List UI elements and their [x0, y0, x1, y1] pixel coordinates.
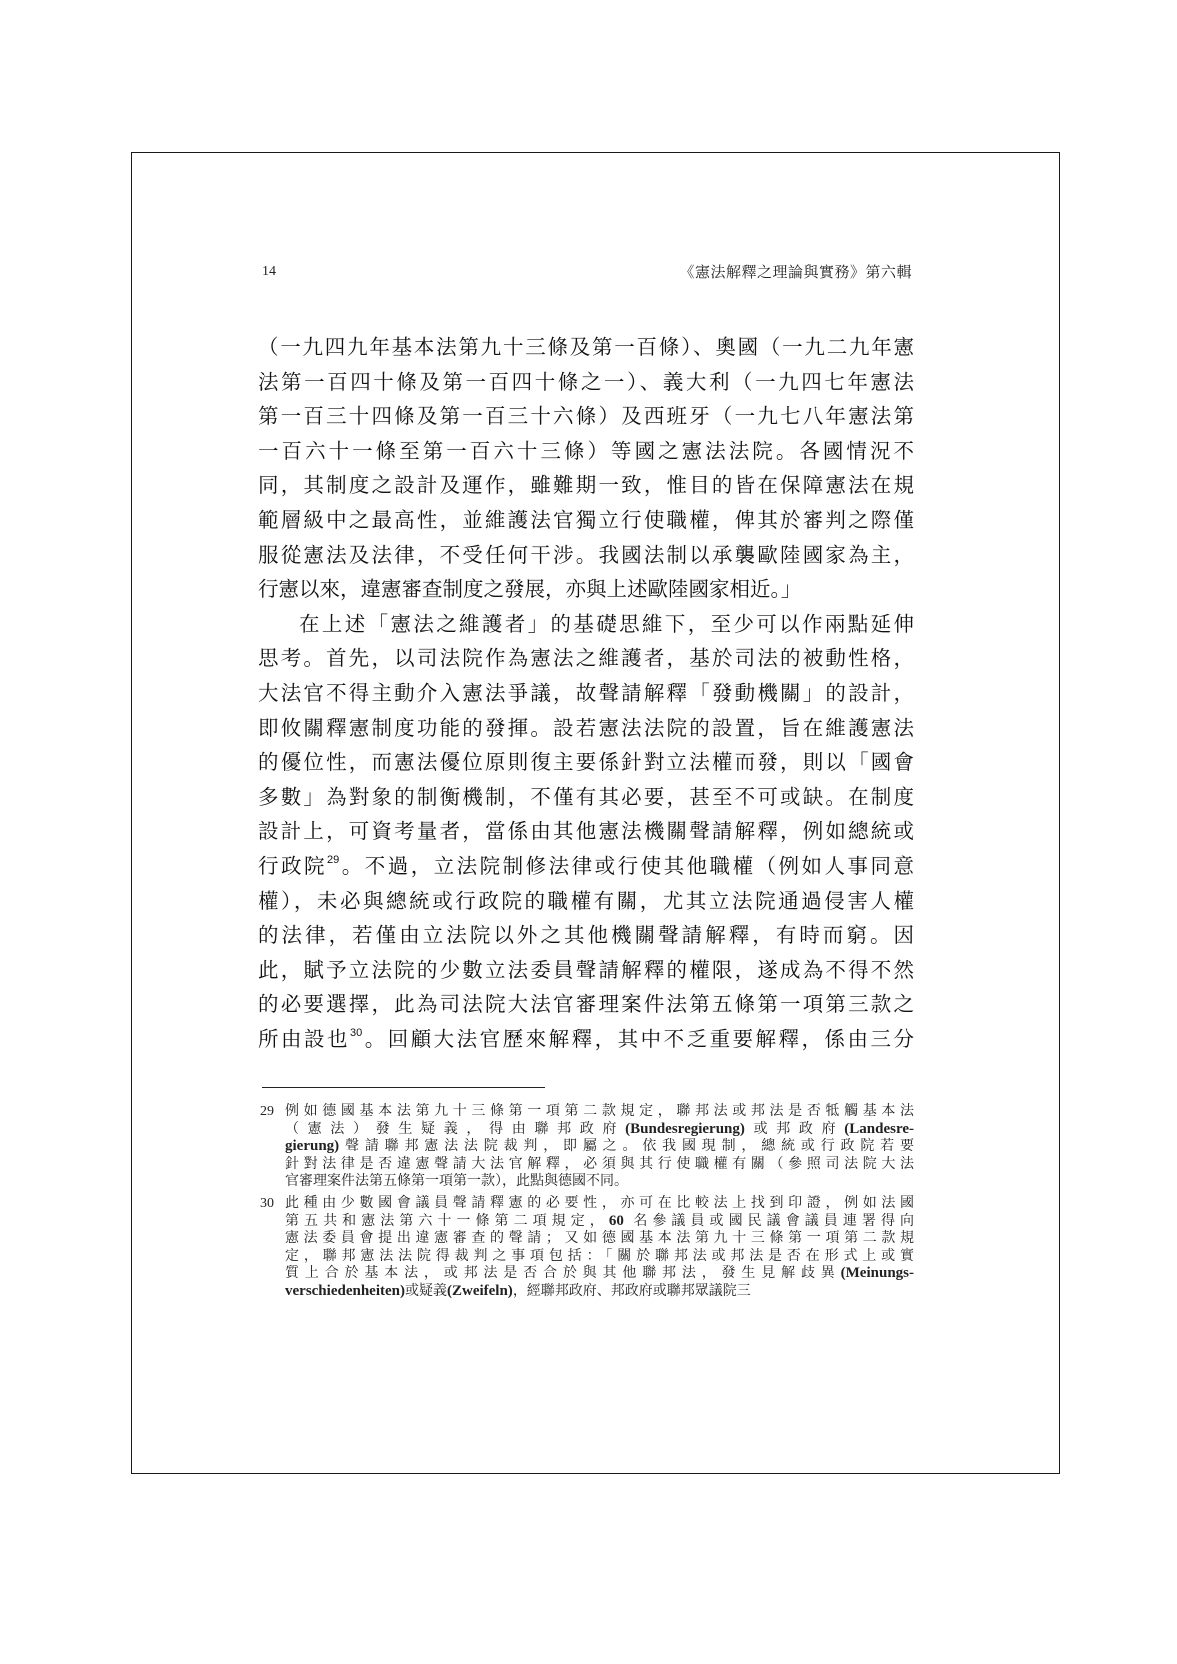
latin-term: (Zweifeln)	[447, 1283, 513, 1299]
footnote-line: 此種由少數國會議員聲請釋憲的必要性，亦可在比較法上找到印證，例如法國	[285, 1195, 914, 1213]
body-text: （一九四九年基本法第九十三條及第一百條）、奧國（一九二九年憲 法第一百四十條及第…	[258, 330, 914, 1056]
body-line: 設計上，可資考量者，當係由其他憲法機關聲請解釋，例如總統或	[258, 814, 914, 849]
footnote-text-segment: 第五共和憲法第六十一條第二項規定，	[285, 1213, 609, 1229]
body-line: 行憲以來，違憲審查制度之發展，亦與上述歐陸國家相近。」	[258, 572, 914, 607]
body-line: 多數」為對象的制衡機制，不僅有其必要，甚至不可或缺。在制度	[258, 780, 914, 815]
footnote-ref-29[interactable]: 29	[327, 854, 339, 866]
footnote-line: verschiedenheiten)或疑義(Zweifeln)，經聯邦政府、邦政…	[285, 1283, 914, 1301]
footnote-line: 定，聯邦憲法法院得裁判之事項包括：「關於聯邦法或邦法是否在形式上或實	[285, 1248, 914, 1266]
footnote-line: gierung)聲請聯邦憲法法院裁判，即屬之。依我國現制，總統或行政院若要	[285, 1138, 914, 1156]
body-text-segment: 。	[339, 854, 364, 878]
body-line: 思考。首先，以司法院作為憲法之維護者，基於司法的被動性格，	[258, 641, 914, 676]
body-line: 法第一百四十條及第一百四十條之一）、義大利（一九四七年憲法	[258, 365, 914, 400]
footnote-separator	[262, 1087, 545, 1088]
body-line: 在上述「憲法之維護者」的基礎思維下，至少可以作兩點延伸	[258, 607, 914, 642]
footnote-number: 30	[260, 1195, 274, 1213]
latin-term: (Bundesregierung)	[625, 1121, 745, 1137]
footnote-text-segment: 或邦政府	[745, 1121, 844, 1137]
footnote-ref-30[interactable]: 30	[350, 1027, 362, 1039]
body-line: 同，其制度之設計及運作，雖難期一致，惟目的皆在保障憲法在規	[258, 468, 914, 503]
body-line: 第一百三十四條及第一百三十六條）及西班牙（一九七八年憲法第	[258, 399, 914, 434]
footnote-30: 30 此種由少數國會議員聲請釋憲的必要性，亦可在比較法上找到印證，例如法國 第五…	[258, 1195, 914, 1301]
footnotes: 29 例如德國基本法第九十三條第一項第二款規定，聯邦法或邦法是否牴觸基本法 （憲…	[258, 1103, 914, 1305]
body-text-segment: 回顧大法官歷來解釋，其中不乏重要解釋，係由三分	[388, 1027, 914, 1051]
body-text-segment: 所由設也	[258, 1027, 350, 1051]
footnote-text-segment: （憲法）發生疑義，得由聯邦政府	[285, 1121, 625, 1137]
body-line: 大法官不得主動介入憲法爭議，故聲請解釋「發動機關」的設計，	[258, 676, 914, 711]
footnote-line: 官審理案件法第五條第一項第一款），此點與德國不同。	[285, 1173, 914, 1191]
body-line: 範層級中之最高性，並維護法官獨立行使職權，俾其於審判之際僅	[258, 503, 914, 538]
latin-term: verschiedenheiten)	[285, 1283, 405, 1299]
latin-term: gierung)	[285, 1138, 339, 1154]
footnote-text-segment: 名參議員或國民議會議員連署得向	[633, 1213, 914, 1229]
number-60: 60	[609, 1213, 624, 1229]
body-line: 服從憲法及法律，不受任何干涉。我國法制以承襲歐陸國家為主，	[258, 538, 914, 573]
footnote-29: 29 例如德國基本法第九十三條第一項第二款規定，聯邦法或邦法是否牴觸基本法 （憲…	[258, 1103, 914, 1191]
page-number: 14	[262, 264, 276, 280]
running-title: 《憲法解釋之理論與實務》第六輯	[679, 261, 912, 282]
footnote-line: 憲法委員會提出違憲審查的聲請；又如德國基本法第九十三條第一項第二款規	[285, 1230, 914, 1248]
footnote-line: （憲法）發生疑義，得由聯邦政府(Bundesregierung)或邦政府(Lan…	[285, 1121, 914, 1139]
body-line: 即攸關釋憲制度功能的發揮。設若憲法法院的設置，旨在維護憲法	[258, 711, 914, 746]
body-line: 權），未必與總統或行政院的職權有關，尤其立法院通過侵害人權	[258, 884, 914, 919]
footnote-line: 第五共和憲法第六十一條第二項規定，60 名參議員或國民議會議員連署得向	[285, 1213, 914, 1231]
body-line: 此，賦予立法院的少數立法委員聲請解釋的權限，遂成為不得不然	[258, 953, 914, 988]
body-line: 一百六十一條至第一百六十三條）等國之憲法法院。各國情況不	[258, 434, 914, 469]
latin-term: (Meinungs-	[841, 1265, 914, 1281]
latin-term: (Landesre-	[844, 1121, 914, 1137]
footnote-text-segment: 聲請聯邦憲法法院裁判，即屬之。依我國現制，總統或行政院若要	[339, 1138, 914, 1154]
body-line: 行政院29。不過，立法院制修法律或行使其他職權（例如人事同意	[258, 849, 914, 884]
body-line: 的優位性，而憲法優位原則復主要係針對立法權而發，則以「國會	[258, 745, 914, 780]
footnote-text-segment: 或疑義	[405, 1283, 447, 1299]
body-line: 的必要選擇，此為司法院大法官審理案件法第五條第一項第三款之	[258, 987, 914, 1022]
footnote-line: 質上合於基本法，或邦法是否合於與其他聯邦法，發生見解歧異(Meinungs-	[285, 1265, 914, 1283]
body-line: （一九四九年基本法第九十三條及第一百條）、奧國（一九二九年憲	[258, 330, 914, 365]
footnote-number: 29	[260, 1103, 274, 1121]
body-text-segment: 。	[362, 1027, 387, 1051]
body-text-segment: 不過，立法院制修法律或行使其他職權（例如人事同意	[365, 854, 914, 878]
body-line: 所由設也30。回顧大法官歷來解釋，其中不乏重要解釋，係由三分	[258, 1022, 914, 1057]
footnote-line: 例如德國基本法第九十三條第一項第二款規定，聯邦法或邦法是否牴觸基本法	[285, 1103, 914, 1121]
body-text-segment: 行政院	[258, 854, 327, 878]
footnote-text-segment: ，經聯邦政府、邦政府或聯邦眾議院三	[513, 1283, 751, 1299]
footnote-text-segment: 質上合於基本法，或邦法是否合於與其他聯邦法，發生見解歧異	[285, 1265, 841, 1281]
footnote-line: 針對法律是否違憲聲請大法官解釋，必須與其行使職權有關（參照司法院大法	[285, 1156, 914, 1174]
body-line: 的法律，若僅由立法院以外之其他機關聲請解釋，有時而窮。因	[258, 918, 914, 953]
